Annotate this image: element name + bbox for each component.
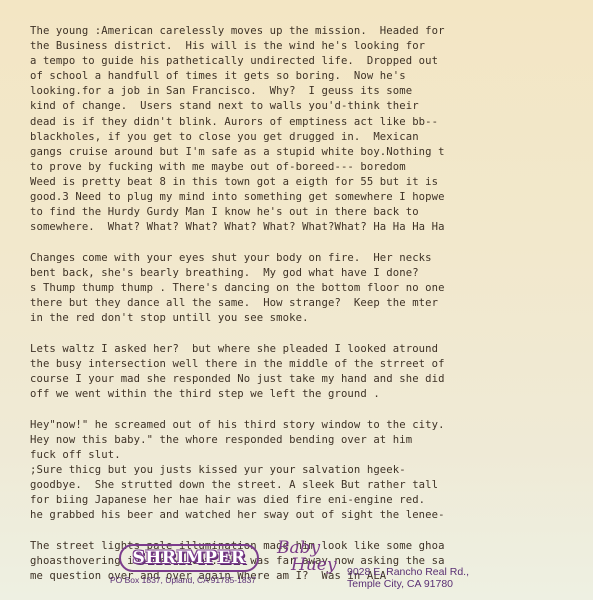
paragraph-gap bbox=[30, 235, 590, 251]
baby-huey-address-line1: 9028 E. Rancho Real Rd., bbox=[347, 566, 469, 578]
text-line: in the red don't stop untill you see smo… bbox=[30, 311, 590, 326]
liner-note-page: The young :American carelessly moves up … bbox=[0, 0, 593, 600]
text-line: fuck off slut. bbox=[30, 448, 590, 463]
paragraph: Hey"now!" he screamed out of his third s… bbox=[30, 418, 590, 524]
text-line: Hey"now!" he screamed out of his third s… bbox=[30, 418, 590, 433]
text-line: there but they dance all the same. How s… bbox=[30, 296, 590, 311]
text-line: Hey now this baby." the whore responded … bbox=[30, 433, 590, 448]
baby-huey-logo: Baby Huey bbox=[277, 540, 347, 574]
text-line: kind of change. Users stand next to wall… bbox=[30, 99, 590, 114]
text-line: he grabbed his beer and watched her sway… bbox=[30, 508, 590, 523]
shrimper-logo: SHRIMPER bbox=[119, 544, 259, 572]
text-line: dead is if they didn't blink. Aurors of … bbox=[30, 115, 590, 130]
text-line: goodbye. She strutted down the street. A… bbox=[30, 478, 590, 493]
text-line: of school a handfull of times it gets so… bbox=[30, 69, 590, 84]
text-line: off we went within the third step we lef… bbox=[30, 387, 590, 402]
paragraph: The young :American carelessly moves up … bbox=[30, 24, 590, 235]
paragraph-gap bbox=[30, 402, 590, 418]
text-line: Changes come with your eyes shut your bo… bbox=[30, 251, 590, 266]
typewritten-text: The young :American carelessly moves up … bbox=[30, 24, 590, 584]
paragraph: Changes come with your eyes shut your bo… bbox=[30, 251, 590, 326]
baby-huey-address: 9028 E. Rancho Real Rd., Temple City, CA… bbox=[347, 566, 469, 590]
text-line: course I your mad she responded No just … bbox=[30, 372, 590, 387]
text-line: Weed is pretty beat 8 in this town got a… bbox=[30, 175, 590, 190]
text-line: The young :American carelessly moves up … bbox=[30, 24, 590, 39]
baby-huey-address-line2: Temple City, CA 91780 bbox=[347, 578, 469, 590]
text-line: ;Sure thicg but you justs kissed yur you… bbox=[30, 463, 590, 478]
text-line: Lets waltz I asked her? but where she pl… bbox=[30, 342, 590, 357]
paragraph: Lets waltz I asked her? but where she pl… bbox=[30, 342, 590, 402]
text-line: for biing Japanese her hae hair was died… bbox=[30, 493, 590, 508]
shrimper-address: PO Box 1837, Upland, CA 91785-1837 bbox=[110, 575, 256, 585]
paragraph-gap bbox=[30, 326, 590, 342]
text-line: gangs cruise around but I'm safe as a st… bbox=[30, 145, 590, 160]
text-line: to find the Hurdy Gurdy Man I know he's … bbox=[30, 205, 590, 220]
text-line: good.3 Need to plug my mind into somethi… bbox=[30, 190, 590, 205]
text-line: looking.for a job in San Francisco. Why?… bbox=[30, 84, 590, 99]
text-line: a tempo to guide his pathetically undire… bbox=[30, 54, 590, 69]
text-line: bent back, she's bearly breathing. My go… bbox=[30, 266, 590, 281]
text-line: s Thump thump thump . There's dancing on… bbox=[30, 281, 590, 296]
text-line: the Business district. His will is the w… bbox=[30, 39, 590, 54]
text-line: to prove by fucking with me maybe out of… bbox=[30, 160, 590, 175]
text-line: the busy intersection well there in the … bbox=[30, 357, 590, 372]
baby-huey-logo-line2: Huey bbox=[277, 557, 347, 574]
text-line: blackholes, if you get to close you get … bbox=[30, 130, 590, 145]
text-line: somewhere. What? What? What? What? What?… bbox=[30, 220, 590, 235]
label-footer: SHRIMPER PO Box 1837, Upland, CA 91785-1… bbox=[0, 536, 593, 600]
